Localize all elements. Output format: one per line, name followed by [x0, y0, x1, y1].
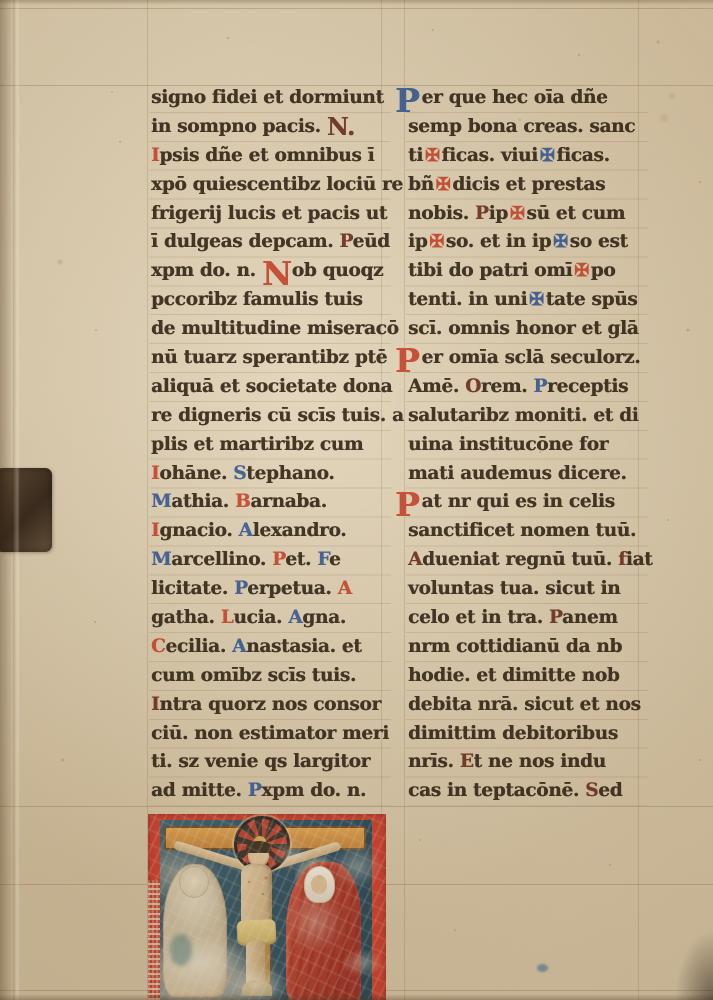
- crucifixion-miniature: [148, 814, 386, 1000]
- text-segment: xpm do. n.: [261, 780, 366, 801]
- text-segment: P: [339, 231, 352, 252]
- text-segment: so. et in ip: [446, 231, 551, 252]
- text-segment: sū et cum: [526, 203, 625, 224]
- text-line: ti✠ficas. viui✠ficas.: [408, 142, 648, 171]
- text-segment: arnaba.: [250, 491, 326, 512]
- text-segment: ficas.: [556, 145, 609, 166]
- text-segment: A: [239, 520, 253, 541]
- text-line: dimittim debitoribus: [408, 720, 648, 749]
- text-line: in sompno pacis. N.: [151, 113, 391, 142]
- text-line: gatha. Lucia. Agna.: [151, 604, 391, 633]
- text-line: ciū. non estimator meri: [151, 720, 391, 749]
- consecration-cross-icon: ✠: [510, 204, 524, 224]
- text-line: sanctificet nomen tuū.: [408, 517, 648, 546]
- text-segment: F: [317, 549, 329, 570]
- text-segment: ficas. viui: [441, 145, 538, 166]
- text-line: nobis. Pip✠sū et cum: [408, 200, 648, 229]
- text-segment: ecilia.: [165, 636, 232, 657]
- text-segment: gnacio.: [159, 520, 238, 541]
- text-segment: P: [475, 203, 489, 224]
- text-line: Ipsis dñe et omnibus ī: [151, 142, 391, 171]
- gutter-crease: [13, 0, 20, 1000]
- text-segment: debita nrā. sicut et nos: [408, 694, 641, 715]
- text-segment: ī dulgeas depcam.: [151, 231, 339, 252]
- text-line: Intra quorz nos consor: [151, 691, 391, 720]
- text-line: Iohāne. Stephano.: [151, 460, 391, 489]
- text-line: ad mitte. Pxpm do. n.: [151, 777, 391, 806]
- text-line: ti. sz venie qs largitor: [151, 748, 391, 777]
- text-line: signo fidei et dormiunt: [151, 84, 391, 113]
- text-line: mati audemus dicere.: [408, 460, 648, 489]
- text-segment: et.: [285, 549, 317, 570]
- text-segment: receptis: [547, 376, 628, 397]
- text-line: nrīs. Et ne nos indu: [408, 748, 648, 777]
- text-line: Marcellino. Pet. Fe: [151, 546, 391, 575]
- text-line: bñ✠dicis et prestas: [408, 171, 648, 200]
- text-line: hodie. et dimitte nob: [408, 662, 648, 691]
- text-segment: ciū. non estimator meri: [151, 723, 389, 744]
- text-line: plis et martiribz cum: [151, 431, 391, 460]
- text-segment: e: [329, 549, 340, 570]
- text-segment: aliquā et societate dona: [151, 376, 392, 397]
- text-segment: A: [338, 578, 352, 599]
- text-segment: A: [232, 636, 246, 657]
- text-segment: A: [288, 607, 302, 628]
- text-segment: erpetua.: [247, 578, 337, 599]
- text-segment: iat: [626, 549, 653, 570]
- text-segment: P: [549, 607, 562, 628]
- text-segment: Amē.: [408, 376, 465, 397]
- text-segment: A: [408, 549, 422, 570]
- christ-torso: [241, 864, 272, 926]
- text-segment: hodie. et dimitte nob: [408, 665, 619, 686]
- text-segment: ip: [408, 231, 427, 252]
- text-segment: t ne nos indu: [474, 751, 606, 772]
- text-segment: nū tuarz sperantibz ptē: [151, 347, 387, 368]
- text-segment: psis dñe et omnibus ī: [159, 145, 374, 166]
- text-line: Ignacio. Alexandro.: [151, 517, 391, 546]
- text-segment: de multitudine miseracō: [151, 318, 399, 339]
- text-line: voluntas tua. sicut in: [408, 575, 648, 604]
- text-line: salutaribz moniti. et di: [408, 402, 648, 431]
- text-segment: arcellino.: [171, 549, 272, 570]
- consecration-cross-icon: ✠: [540, 146, 554, 166]
- text-line: nrm cottidianū da nb: [408, 633, 648, 662]
- text-segment: O: [465, 376, 481, 397]
- text-line: ip✠so. et in ip✠so est: [408, 228, 648, 257]
- text-segment: celo et in tra.: [408, 607, 549, 628]
- text-segment: xpō quiescentibz lociū re: [151, 174, 403, 195]
- text-line: cum omībz scīs tuis.: [151, 662, 391, 691]
- text-segment: L: [221, 607, 234, 628]
- consecration-cross-icon: ✠: [574, 261, 588, 281]
- text-segment: pccoribz famulis tuis: [151, 289, 362, 310]
- text-segment: dimittim debitoribus: [408, 723, 618, 744]
- right-text-column: Per que hec oīa dñesemp bona creas. sanc…: [406, 84, 648, 806]
- text-line: cas in teptacōnē. Sed: [408, 777, 648, 806]
- saint-john-figure: [163, 864, 227, 998]
- text-segment: nrm cottidianū da nb: [408, 636, 622, 657]
- text-segment: nastasia. et: [246, 636, 361, 657]
- text-segment: er omīa sclā seculorz.: [422, 347, 641, 368]
- text-segment: salutaribz moniti. et di: [408, 405, 638, 426]
- manuscript-page: signo fidei et dormiuntin sompno pacis. …: [0, 0, 713, 1000]
- text-segment: sanctificet nomen tuū.: [408, 520, 636, 541]
- text-line: Mathia. Barnaba.: [151, 488, 391, 517]
- text-segment: ad mitte.: [151, 780, 248, 801]
- text-segment: S: [233, 463, 246, 484]
- consecration-cross-icon: ✠: [425, 146, 439, 166]
- text-line: pccoribz famulis tuis: [151, 286, 391, 315]
- text-segment: B: [235, 491, 250, 512]
- text-segment: nrīs.: [408, 751, 460, 772]
- text-segment: P: [234, 578, 247, 599]
- text-segment: rem.: [481, 376, 533, 397]
- text-line: Adueniat regnū tuū. fiat: [408, 546, 648, 575]
- text-segment: ti: [408, 145, 423, 166]
- text-segment: tephano.: [246, 463, 334, 484]
- text-segment: P: [533, 376, 547, 397]
- text-line: tibi do patri omī✠po: [408, 257, 648, 286]
- ruling-line: [0, 8, 713, 9]
- text-segment: re digneris cū scīs tuis. a: [151, 405, 404, 426]
- text-segment: gna.: [302, 607, 346, 628]
- text-segment: ti. sz venie qs largitor: [151, 751, 370, 772]
- text-segment: semp bona creas. sanc: [408, 116, 635, 137]
- text-segment: uina institucōne for: [408, 434, 608, 455]
- text-segment: voluntas tua. sicut in: [408, 578, 620, 599]
- text-segment: in sompno pacis.: [151, 116, 327, 137]
- consecration-cross-icon: ✠: [553, 232, 567, 252]
- pigment-smudge: [170, 934, 192, 966]
- text-segment: ntra quorz nos consor: [159, 694, 381, 715]
- text-segment: P: [272, 549, 285, 570]
- text-segment: f: [618, 549, 626, 570]
- text-line: de multitudine miseracō: [151, 315, 391, 344]
- text-segment: gatha.: [151, 607, 221, 628]
- text-segment: cum omībz scīs tuis.: [151, 665, 356, 686]
- text-segment: frigerij lucis et pacis ut: [151, 203, 387, 224]
- text-line: semp bona creas. sanc: [408, 113, 648, 142]
- text-segment: N.: [327, 112, 355, 141]
- text-segment: cas in teptacōnē.: [408, 780, 585, 801]
- text-segment: E: [460, 751, 474, 772]
- text-segment: tibi do patri omī: [408, 260, 572, 281]
- text-line: Cecilia. Anastasia. et: [151, 633, 391, 662]
- text-segment: eūd: [353, 231, 390, 252]
- mary-veil: [304, 866, 335, 903]
- ink-spot: [537, 964, 548, 972]
- text-segment: tate spūs: [546, 289, 638, 310]
- text-segment: ed: [598, 780, 622, 801]
- text-line: tenti. in uni✠tate spūs: [408, 286, 648, 315]
- text-line: xpō quiescentibz lociū re: [151, 171, 391, 200]
- text-segment: athia.: [171, 491, 235, 512]
- text-segment: mati audemus dicere.: [408, 463, 627, 484]
- text-line: Per que hec oīa dñe: [408, 84, 648, 113]
- consecration-cross-icon: ✠: [436, 175, 450, 195]
- text-segment: ohāne.: [159, 463, 233, 484]
- consecration-cross-icon: ✠: [529, 290, 543, 310]
- text-segment: tenti. in uni: [408, 289, 527, 310]
- text-segment: plis et martiribz cum: [151, 434, 363, 455]
- text-segment: er que hec oīa dñe: [422, 87, 608, 108]
- text-line: xpm do. n. Nob quoqz: [151, 257, 391, 286]
- text-segment: C: [151, 636, 165, 657]
- consecration-cross-icon: ✠: [429, 232, 443, 252]
- text-segment: signo fidei et dormiunt: [151, 87, 384, 108]
- text-segment: so est: [570, 231, 628, 252]
- left-text-column: signo fidei et dormiuntin sompno pacis. …: [149, 84, 391, 806]
- text-line: re digneris cū scīs tuis. a: [151, 402, 391, 431]
- text-segment: ucia.: [233, 607, 288, 628]
- text-line: ī dulgeas depcam. Peūd: [151, 228, 391, 257]
- text-segment: bñ: [408, 174, 434, 195]
- text-segment: M: [151, 491, 171, 512]
- text-segment: scī. omnis honor et glā: [408, 318, 638, 339]
- text-segment: ip: [489, 203, 508, 224]
- text-line: nū tuarz sperantibz ptē: [151, 344, 391, 373]
- text-segment: anem: [562, 607, 618, 628]
- text-segment: dueniat regnū tuū.: [422, 549, 618, 570]
- top-edge-shadow: [0, 0, 713, 5]
- text-segment: nobis.: [408, 203, 475, 224]
- text-segment: S: [585, 780, 598, 801]
- text-segment: licitate.: [151, 578, 234, 599]
- text-line: uina institucōne for: [408, 431, 648, 460]
- text-line: Amē. Orem. Preceptis: [408, 373, 648, 402]
- text-segment: po: [591, 260, 616, 281]
- text-segment: lexandro.: [253, 520, 347, 541]
- text-segment: M: [151, 549, 171, 570]
- text-line: celo et in tra. Panem: [408, 604, 648, 633]
- text-line: aliquā et societate dona: [151, 373, 391, 402]
- text-segment: P: [248, 780, 262, 801]
- text-line: Pat nr qui es in celis: [408, 488, 648, 517]
- text-line: Per omīa sclā seculorz.: [408, 344, 648, 373]
- text-segment: xpm do. n.: [151, 260, 262, 281]
- text-segment: at nr qui es in celis: [422, 491, 615, 512]
- text-segment: dicis et prestas: [452, 174, 605, 195]
- gutter-shadow: [0, 0, 14, 1000]
- text-line: scī. omnis honor et glā: [408, 315, 648, 344]
- text-line: debita nrā. sicut et nos: [408, 691, 648, 720]
- text-line: licitate. Perpetua. A: [151, 575, 391, 604]
- corner-shadow: [653, 890, 713, 1000]
- text-line: frigerij lucis et pacis ut: [151, 200, 391, 229]
- bottom-edge-shadow: [0, 994, 713, 1000]
- text-segment: ob quoqz: [292, 260, 383, 281]
